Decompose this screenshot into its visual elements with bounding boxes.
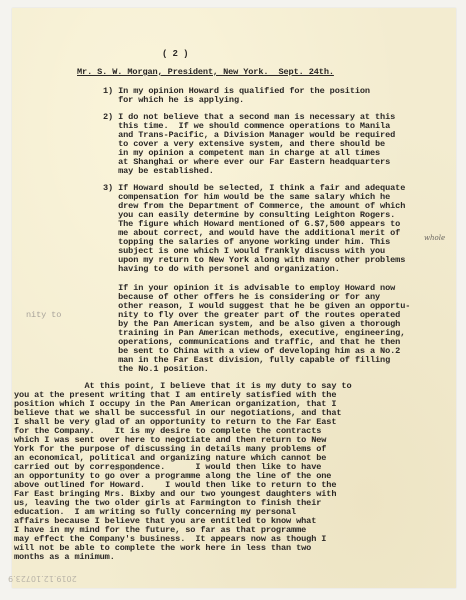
item-4-line-10: the No.1 position. xyxy=(103,365,209,374)
letter-page: ( 2 ) Mr. S. W. Morgan, President, New Y… xyxy=(12,8,456,588)
address-line: Mr. S. W. Morgan, President, New York. S… xyxy=(77,68,334,77)
handwritten-note-carry-over: carry over xyxy=(112,466,138,472)
offset-ghost-text: nity to xyxy=(26,311,61,320)
closing-line-20: months as a minimum. xyxy=(14,553,115,562)
accession-stamp: 2019.12.10723.9 xyxy=(8,574,77,583)
handwritten-note-whole: whole xyxy=(424,234,445,242)
item-2-line-7: may be established. xyxy=(103,167,214,176)
item-3-line-10: having to do with personel and organizat… xyxy=(103,265,340,274)
page-number: ( 2 ) xyxy=(162,50,188,59)
item-1-line-2: for which he is applying. xyxy=(103,96,244,105)
